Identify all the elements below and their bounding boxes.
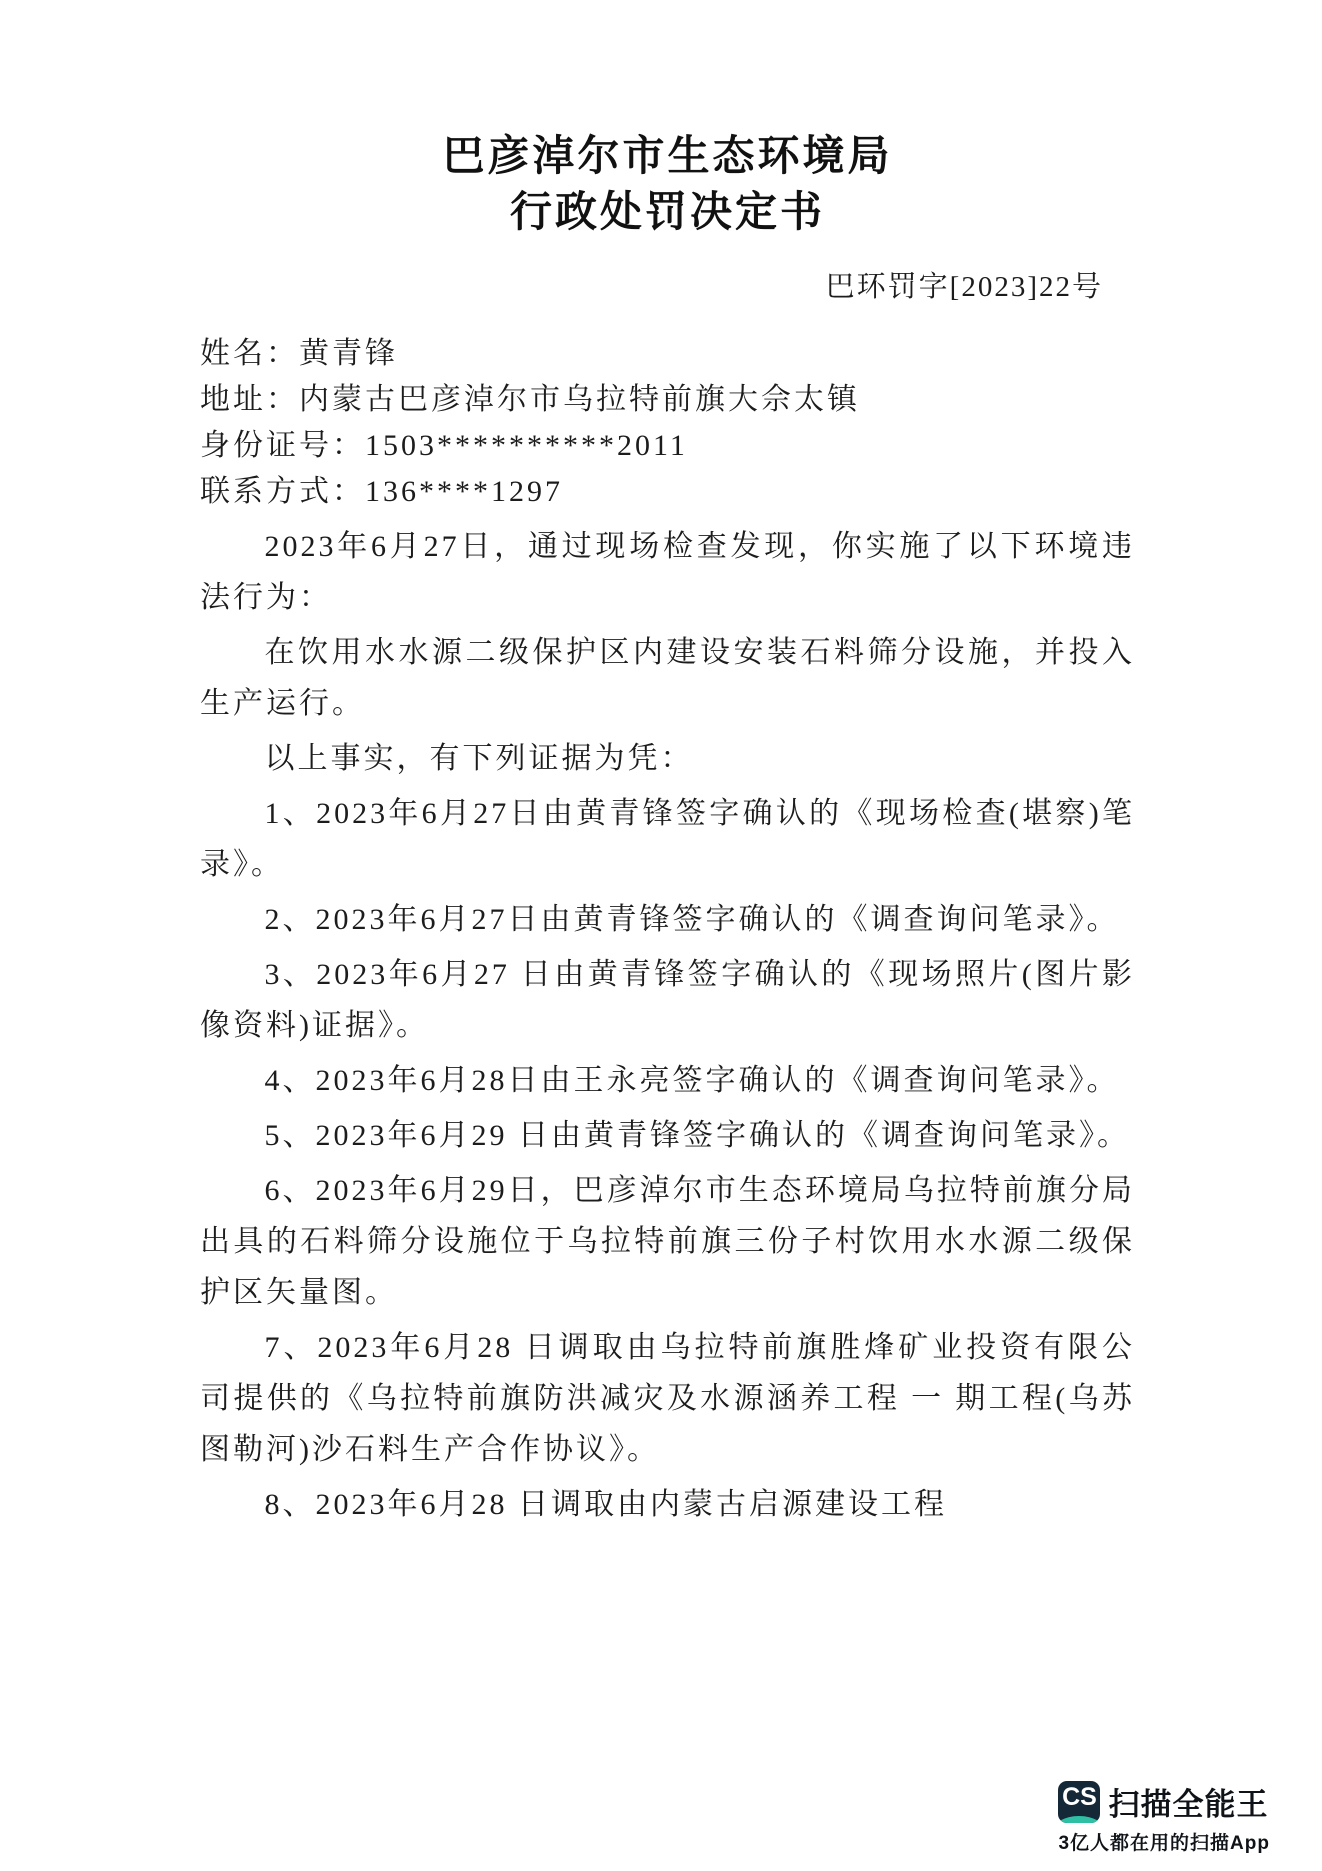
field-id-number-label: 身份证号： <box>200 429 365 462</box>
field-id-number-value: 1503**********2011 <box>365 429 688 462</box>
scanned-document-page: 巴彦淖尔市生态环境局 行政处罚决定书 巴环罚字[2023]22号 姓名：黄青锋 … <box>0 0 1322 1871</box>
evidence-item-4: 4、2023年6月28日由王永亮签字确认的《调查询问笔录》。 <box>200 1055 1135 1106</box>
evidence-item-1: 1、2023年6月27日由黄青锋签字确认的《现场检查(堪察)笔录》。 <box>200 788 1135 890</box>
field-phone-label: 联系方式： <box>200 475 365 508</box>
field-phone-value: 136****1297 <box>365 475 563 508</box>
document-title-line2: 行政处罚决定书 <box>200 184 1135 240</box>
evidence-item-3: 3、2023年6月27 日由黄青锋签字确认的《现场照片(图片影像资料)证据》。 <box>200 949 1135 1051</box>
paragraph-evidence-lead: 以上事实，有下列证据为凭： <box>200 733 1135 784</box>
evidence-item-8: 8、2023年6月28 日调取由内蒙古启源建设工程 <box>200 1479 1135 1530</box>
camscanner-icon-swoosh <box>1058 1816 1100 1823</box>
field-id-number: 身份证号：1503**********2011 <box>200 423 1135 469</box>
field-name-value: 黄青锋 <box>299 337 398 370</box>
recipient-fields: 姓名：黄青锋 地址：内蒙古巴彦淖尔市乌拉特前旗大佘太镇 身份证号：1503***… <box>200 331 1135 515</box>
paragraph-intro: 2023年6月27日，通过现场检查发现，你实施了以下环境违法行为： <box>200 521 1135 623</box>
evidence-item-6: 6、2023年6月29日，巴彦淖尔市生态环境局乌拉特前旗分局出具的石料筛分设施位… <box>200 1165 1135 1318</box>
camscanner-watermark-row: CS 扫描全能王 <box>1058 1779 1268 1824</box>
field-address-label: 地址： <box>200 383 299 416</box>
field-address: 地址：内蒙古巴彦淖尔市乌拉特前旗大佘太镇 <box>200 377 1135 423</box>
camscanner-watermark: CS 扫描全能王 3亿人都在用的扫描App <box>1058 1779 1270 1855</box>
evidence-item-5: 5、2023年6月29 日由黄青锋签字确认的《调查询问笔录》。 <box>200 1110 1135 1161</box>
document-body: 2023年6月27日，通过现场检查发现，你实施了以下环境违法行为： 在饮用水水源… <box>200 521 1135 1530</box>
camscanner-icon: CS <box>1058 1781 1100 1823</box>
paragraph-violation: 在饮用水水源二级保护区内建设安装石料筛分设施，并投入生产运行。 <box>200 627 1135 729</box>
document-number: 巴环罚字[2023]22号 <box>200 264 1135 305</box>
evidence-item-7: 7、2023年6月28 日调取由乌拉特前旗胜烽矿业投资有限公司提供的《乌拉特前旗… <box>200 1322 1135 1475</box>
document-title-line1: 巴彦淖尔市生态环境局 <box>200 128 1135 184</box>
evidence-item-2: 2、2023年6月27日由黄青锋签字确认的《调查询问笔录》。 <box>200 894 1135 945</box>
field-address-value: 内蒙古巴彦淖尔市乌拉特前旗大佘太镇 <box>299 383 860 416</box>
camscanner-tagline: 3亿人都在用的扫描App <box>1058 1828 1270 1855</box>
field-name: 姓名：黄青锋 <box>200 331 1135 377</box>
camscanner-brand-text: 扫描全能王 <box>1108 1779 1268 1824</box>
field-phone: 联系方式：136****1297 <box>200 469 1135 515</box>
field-name-label: 姓名： <box>200 337 299 370</box>
document-content: 巴彦淖尔市生态环境局 行政处罚决定书 巴环罚字[2023]22号 姓名：黄青锋 … <box>200 128 1135 1534</box>
document-title: 巴彦淖尔市生态环境局 行政处罚决定书 <box>200 128 1135 240</box>
camscanner-icon-text: CS <box>1058 1783 1100 1812</box>
